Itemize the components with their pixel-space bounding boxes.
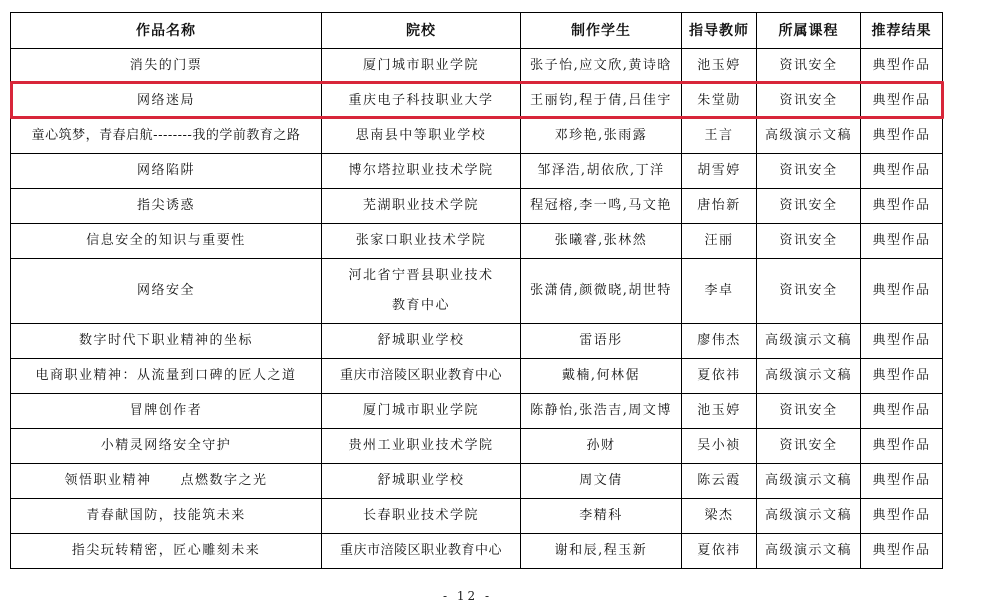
cell-course: 资讯安全 bbox=[757, 429, 861, 464]
cell-students: 戴楠,何林倨 bbox=[521, 359, 682, 394]
cell-result: 典型作品 bbox=[861, 84, 943, 119]
header-students: 制作学生 bbox=[521, 13, 682, 49]
table-row: 网络陷阱 博尔塔拉职业技术学院 邹泽浩,胡依欣,丁洋 胡雪婷 资讯安全 典型作品 bbox=[11, 154, 943, 189]
cell-school: 厦门城市职业学院 bbox=[322, 49, 521, 84]
header-title: 作品名称 bbox=[11, 13, 322, 49]
cell-students: 孙财 bbox=[521, 429, 682, 464]
cell-teacher: 夏依祎 bbox=[682, 534, 757, 569]
cell-students: 张曦睿,张林然 bbox=[521, 224, 682, 259]
cell-course: 资讯安全 bbox=[757, 189, 861, 224]
cell-title: 数字时代下职业精神的坐标 bbox=[11, 324, 322, 359]
cell-result: 典型作品 bbox=[861, 49, 943, 84]
cell-course: 资讯安全 bbox=[757, 154, 861, 189]
cell-teacher: 王言 bbox=[682, 119, 757, 154]
cell-school: 思南县中等职业学校 bbox=[322, 119, 521, 154]
cell-school: 舒城职业学校 bbox=[322, 324, 521, 359]
cell-teacher: 池玉婷 bbox=[682, 49, 757, 84]
table-row: 童心筑梦，青春启航--------我的学前教育之路 思南县中等职业学校 邓珍艳,… bbox=[11, 119, 943, 154]
cell-students: 陈静怡,张浩吉,周文博 bbox=[521, 394, 682, 429]
header-result: 推荐结果 bbox=[861, 13, 943, 49]
cell-school: 重庆市涪陵区职业教育中心 bbox=[322, 359, 521, 394]
cell-result: 典型作品 bbox=[861, 534, 943, 569]
cell-result: 典型作品 bbox=[861, 189, 943, 224]
cell-result: 典型作品 bbox=[861, 499, 943, 534]
cell-teacher: 汪丽 bbox=[682, 224, 757, 259]
table-row: 小精灵网络安全守护 贵州工业职业技术学院 孙财 吴小祯 资讯安全 典型作品 bbox=[11, 429, 943, 464]
cell-result: 典型作品 bbox=[861, 429, 943, 464]
cell-result: 典型作品 bbox=[861, 394, 943, 429]
table-row-highlighted: 网络迷局 重庆电子科技职业大学 王丽钧,程于倩,吕佳宇 朱堂勋 资讯安全 典型作… bbox=[11, 84, 943, 119]
cell-course: 资讯安全 bbox=[757, 49, 861, 84]
cell-students: 李精科 bbox=[521, 499, 682, 534]
table-row: 指尖玩转精密，匠心雕刻未来 重庆市涪陵区职业教育中心 谢和辰,程玉新 夏依祎 高… bbox=[11, 534, 943, 569]
cell-title: 冒牌创作者 bbox=[11, 394, 322, 429]
cell-school: 博尔塔拉职业技术学院 bbox=[322, 154, 521, 189]
cell-students: 王丽钧,程于倩,吕佳宇 bbox=[521, 84, 682, 119]
cell-teacher: 廖伟杰 bbox=[682, 324, 757, 359]
cell-course: 资讯安全 bbox=[757, 259, 861, 324]
cell-teacher: 朱堂勋 bbox=[682, 84, 757, 119]
cell-course: 高级演示文稿 bbox=[757, 324, 861, 359]
cell-students: 张潇倩,颜微晓,胡世特 bbox=[521, 259, 682, 324]
cell-course: 高级演示文稿 bbox=[757, 534, 861, 569]
table-row: 网络安全 河北省宁晋县职业技术 教育中心 张潇倩,颜微晓,胡世特 李卓 资讯安全… bbox=[11, 259, 943, 324]
cell-teacher: 唐怡新 bbox=[682, 189, 757, 224]
table-row: 青春献国防，技能筑未来 长春职业技术学院 李精科 梁杰 高级演示文稿 典型作品 bbox=[11, 499, 943, 534]
table-row: 领悟职业精神 点燃数字之光 舒城职业学校 周文倩 陈云霞 高级演示文稿 典型作品 bbox=[11, 464, 943, 499]
cell-school: 舒城职业学校 bbox=[322, 464, 521, 499]
cell-course: 高级演示文稿 bbox=[757, 464, 861, 499]
cell-teacher: 胡雪婷 bbox=[682, 154, 757, 189]
cell-course: 资讯安全 bbox=[757, 84, 861, 119]
cell-title: 童心筑梦，青春启航--------我的学前教育之路 bbox=[11, 119, 322, 154]
cell-teacher: 陈云霞 bbox=[682, 464, 757, 499]
cell-result: 典型作品 bbox=[861, 324, 943, 359]
header-course: 所属课程 bbox=[757, 13, 861, 49]
cell-course: 高级演示文稿 bbox=[757, 359, 861, 394]
cell-course: 高级演示文稿 bbox=[757, 119, 861, 154]
cell-title: 指尖玩转精密，匠心雕刻未来 bbox=[11, 534, 322, 569]
cell-result: 典型作品 bbox=[861, 359, 943, 394]
table-row: 消失的门票 厦门城市职业学院 张子怡,应文欣,黄诗晗 池玉婷 资讯安全 典型作品 bbox=[11, 49, 943, 84]
cell-school-line1: 河北省宁晋县职业技术 bbox=[324, 261, 518, 291]
cell-result: 典型作品 bbox=[861, 154, 943, 189]
cell-school: 重庆市涪陵区职业教育中心 bbox=[322, 534, 521, 569]
cell-title: 网络陷阱 bbox=[11, 154, 322, 189]
table-row: 数字时代下职业精神的坐标 舒城职业学校 雷语彤 廖伟杰 高级演示文稿 典型作品 bbox=[11, 324, 943, 359]
cell-title: 信息安全的知识与重要性 bbox=[11, 224, 322, 259]
cell-school: 芜湖职业技术学院 bbox=[322, 189, 521, 224]
cell-students: 谢和辰,程玉新 bbox=[521, 534, 682, 569]
cell-result: 典型作品 bbox=[861, 464, 943, 499]
cell-course: 资讯安全 bbox=[757, 394, 861, 429]
table-row: 指尖诱惑 芜湖职业技术学院 程冠榕,李一鸣,马文艳 唐怡新 资讯安全 典型作品 bbox=[11, 189, 943, 224]
cell-school: 河北省宁晋县职业技术 教育中心 bbox=[322, 259, 521, 324]
cell-title: 指尖诱惑 bbox=[11, 189, 322, 224]
cell-school: 重庆电子科技职业大学 bbox=[322, 84, 521, 119]
cell-school: 厦门城市职业学院 bbox=[322, 394, 521, 429]
cell-school: 贵州工业职业技术学院 bbox=[322, 429, 521, 464]
cell-title: 小精灵网络安全守护 bbox=[11, 429, 322, 464]
cell-teacher: 梁杰 bbox=[682, 499, 757, 534]
cell-school: 长春职业技术学院 bbox=[322, 499, 521, 534]
works-table: 作品名称 院校 制作学生 指导教师 所属课程 推荐结果 消失的门票 厦门城市职业… bbox=[10, 12, 943, 569]
cell-course: 高级演示文稿 bbox=[757, 499, 861, 534]
table-row: 电商职业精神：从流量到口碑的匠人之道 重庆市涪陵区职业教育中心 戴楠,何林倨 夏… bbox=[11, 359, 943, 394]
cell-students: 邹泽浩,胡依欣,丁洋 bbox=[521, 154, 682, 189]
cell-students: 周文倩 bbox=[521, 464, 682, 499]
cell-students: 张子怡,应文欣,黄诗晗 bbox=[521, 49, 682, 84]
cell-teacher: 吴小祯 bbox=[682, 429, 757, 464]
cell-title: 领悟职业精神 点燃数字之光 bbox=[11, 464, 322, 499]
cell-result: 典型作品 bbox=[861, 259, 943, 324]
cell-title: 电商职业精神：从流量到口碑的匠人之道 bbox=[11, 359, 322, 394]
cell-result: 典型作品 bbox=[861, 119, 943, 154]
cell-students: 邓珍艳,张雨露 bbox=[521, 119, 682, 154]
table-row: 信息安全的知识与重要性 张家口职业技术学院 张曦睿,张林然 汪丽 资讯安全 典型… bbox=[11, 224, 943, 259]
cell-title: 网络迷局 bbox=[11, 84, 322, 119]
cell-title: 消失的门票 bbox=[11, 49, 322, 84]
cell-teacher: 夏依祎 bbox=[682, 359, 757, 394]
cell-title: 青春献国防，技能筑未来 bbox=[11, 499, 322, 534]
cell-students: 雷语彤 bbox=[521, 324, 682, 359]
cell-teacher: 池玉婷 bbox=[682, 394, 757, 429]
table-header-row: 作品名称 院校 制作学生 指导教师 所属课程 推荐结果 bbox=[11, 13, 943, 49]
page-number: - 12 - bbox=[0, 589, 935, 603]
header-school: 院校 bbox=[322, 13, 521, 49]
cell-result: 典型作品 bbox=[861, 224, 943, 259]
cell-course: 资讯安全 bbox=[757, 224, 861, 259]
cell-students: 程冠榕,李一鸣,马文艳 bbox=[521, 189, 682, 224]
cell-school: 张家口职业技术学院 bbox=[322, 224, 521, 259]
table-row: 冒牌创作者 厦门城市职业学院 陈静怡,张浩吉,周文博 池玉婷 资讯安全 典型作品 bbox=[11, 394, 943, 429]
cell-teacher: 李卓 bbox=[682, 259, 757, 324]
cell-school-line2: 教育中心 bbox=[324, 291, 518, 321]
cell-title: 网络安全 bbox=[11, 259, 322, 324]
header-teacher: 指导教师 bbox=[682, 13, 757, 49]
